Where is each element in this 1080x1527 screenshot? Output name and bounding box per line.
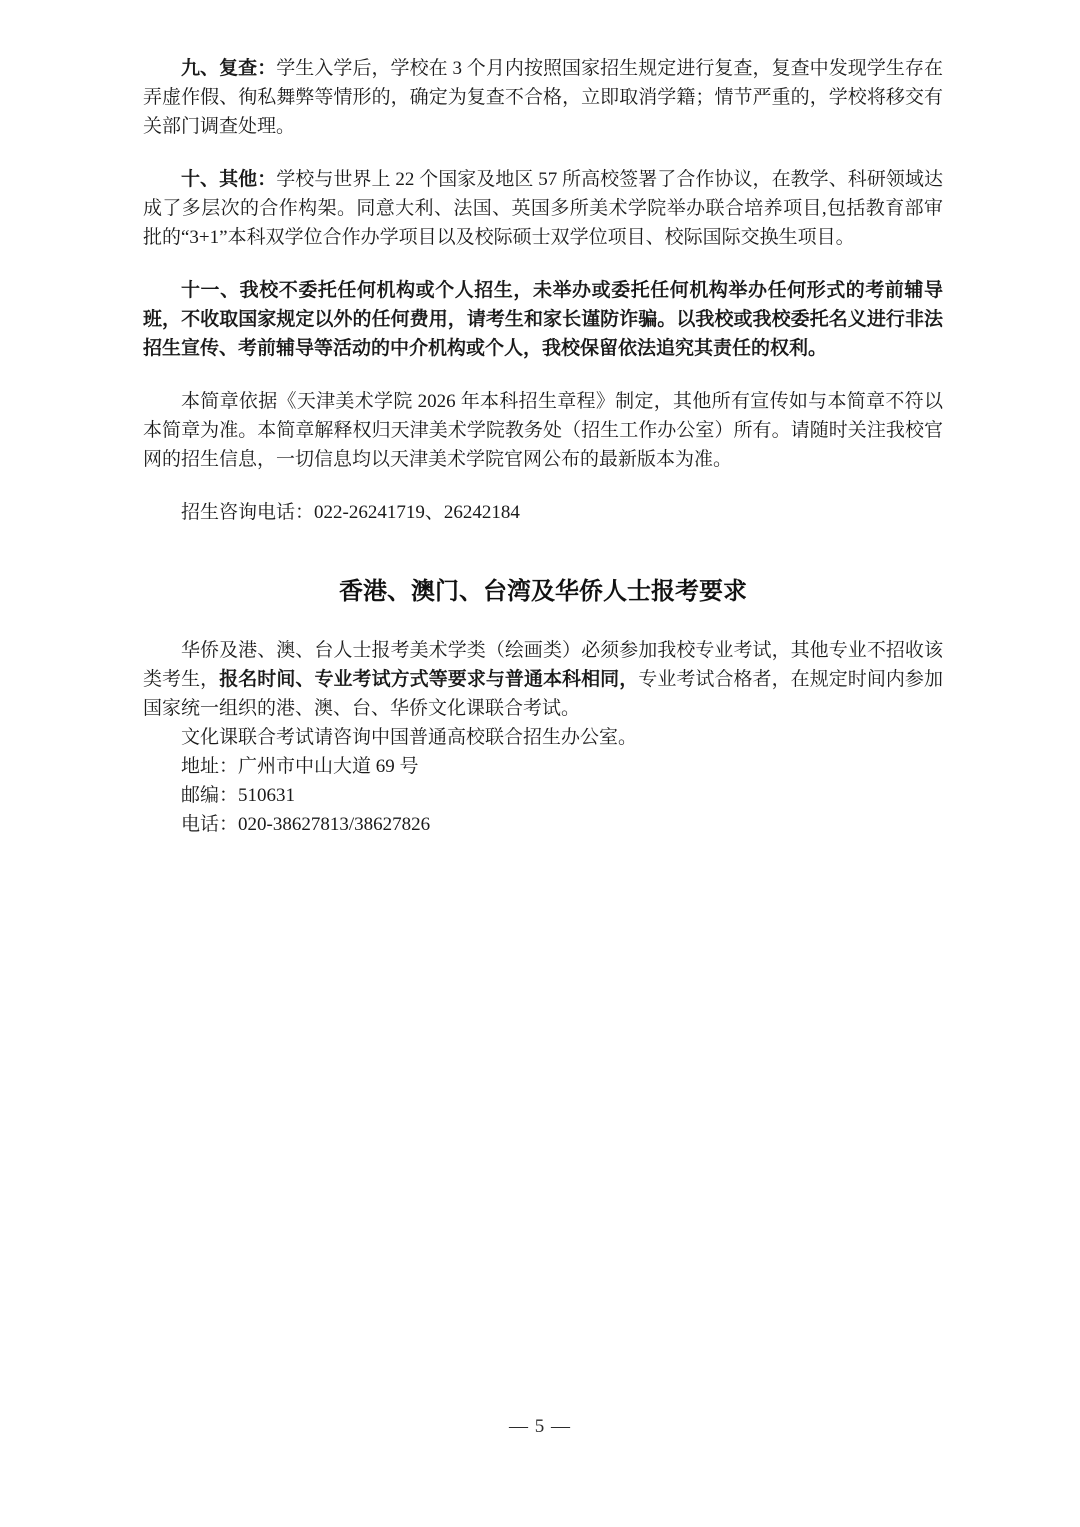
- bold-text-run: 十、其他：: [181, 169, 276, 190]
- line-address: 地址：广州市中山大道 69 号: [143, 752, 943, 781]
- text-run: 本简章依据《天津美术学院 2026 年本科招生章程》制定，其他所有宣传如与本简章…: [143, 391, 943, 470]
- bold-text-run: 十一、我校不委托任何机构或个人招生，未举办或委托任何机构举办任何形式的考前辅导班…: [143, 280, 943, 359]
- text-run: 邮编：510631: [181, 785, 295, 806]
- text-run: 招生咨询电话：022-26241719、26242184: [181, 502, 520, 523]
- line-postal-code: 邮编：510631: [143, 781, 943, 810]
- bold-text-run: 九、复查：: [181, 58, 276, 79]
- para-brochure-basis-statement: 本简章依据《天津美术学院 2026 年本科招生章程》制定，其他所有宣传如与本简章…: [143, 387, 943, 474]
- heading-hk-macao-taiwan-overseas-requirements: 香港、澳门、台湾及华侨人士报考要求: [143, 575, 943, 610]
- text-run: 地址：广州市中山大道 69 号: [181, 756, 419, 777]
- text-run: 文化课联合考试请咨询中国普通高校联合招生办公室。: [181, 727, 637, 748]
- line-joint-culture-exam-info: 文化课联合考试请咨询中国普通高校联合招生办公室。: [143, 723, 943, 752]
- para-section-9-recheck: 九、复查：学生入学后，学校在 3 个月内按照国家招生规定进行复查，复查中发现学生…: [143, 54, 943, 141]
- para-section-11-anti-fraud-warning: 十一、我校不委托任何机构或个人招生，未举办或委托任何机构举办任何形式的考前辅导班…: [143, 276, 943, 363]
- line-admission-consult-phone: 招生咨询电话：022-26241719、26242184: [143, 498, 943, 527]
- document-page: 九、复查：学生入学后，学校在 3 个月内按照国家招生规定进行复查，复查中发现学生…: [0, 0, 1080, 1527]
- bold-text-run: 报名时间、专业考试方式等要求与普通本科相同，: [219, 669, 638, 690]
- para-hmt-overseas-exam-requirements: 华侨及港、澳、台人士报考美术学类（绘画类）必须参加我校专业考试，其他专业不招收该…: [143, 636, 943, 723]
- document-body: 九、复查：学生入学后，学校在 3 个月内按照国家招生规定进行复查，复查中发现学生…: [143, 54, 943, 839]
- page-footer: — 5 —: [0, 1412, 1080, 1441]
- text-run: 电话：020-38627813/38627826: [181, 814, 430, 835]
- para-section-10-other: 十、其他：学校与世界上 22 个国家及地区 57 所高校签署了合作协议，在教学、…: [143, 165, 943, 252]
- line-contact-phone: 电话：020-38627813/38627826: [143, 810, 943, 839]
- page-number: — 5 —: [509, 1416, 571, 1437]
